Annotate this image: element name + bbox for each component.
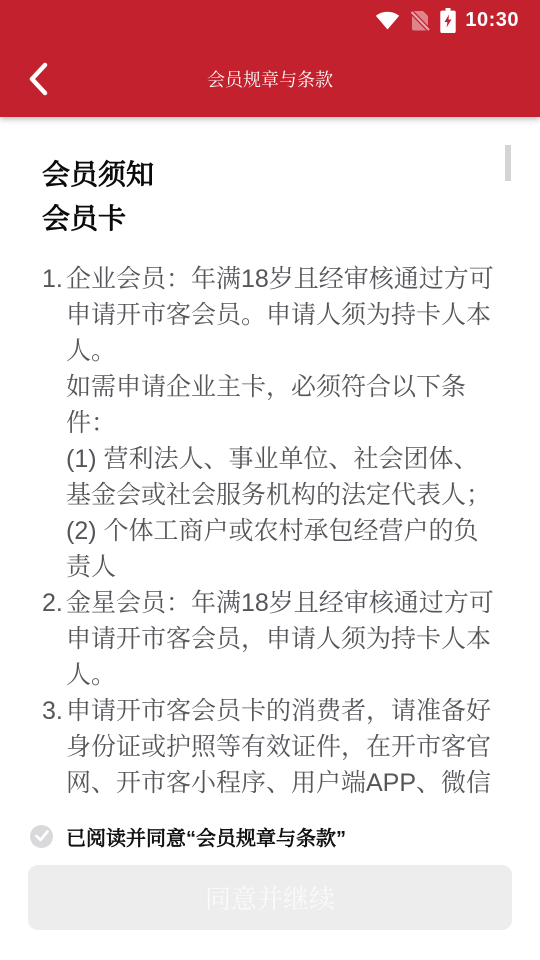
wifi-icon [375,10,400,30]
agreement-checkbox[interactable] [30,825,53,848]
term-paragraph: 如需申请企业主卡，必须符合以下条件： [66,369,498,441]
checkmark-icon [35,830,49,842]
term-number: 2. [42,585,66,693]
term-paragraph: 企业会员：年满18岁且经审核通过方可申请开市客会员。申请人须为持卡人本人。 [66,261,498,369]
term-item-1: 1. 企业会员：年满18岁且经审核通过方可申请开市客会员。申请人须为持卡人本人。… [42,261,540,585]
term-paragraph: 申请开市客会员卡的消费者，请准备好身份证或护照等有效证件，在开市客官网、开市客小… [66,693,498,805]
nav-bar: 会员规章与条款 [0,40,540,117]
terms-list: 1. 企业会员：年满18岁且经审核通过方可申请开市客会员。申请人须为持卡人本人。… [42,261,540,805]
footer: 已阅读并同意“会员规章与条款” 同意并继续 [0,813,540,930]
status-bar: 10:30 [0,0,540,40]
term-paragraph: (2) 个体工商户或农村承包经营户的负责人 [66,513,498,585]
card-heading: 会员卡 [42,197,540,241]
term-number: 3. [42,693,66,805]
term-number: 1. [42,261,66,585]
term-item-3: 3. 申请开市客会员卡的消费者，请准备好身份证或护照等有效证件，在开市客官网、开… [42,693,540,805]
agreement-row[interactable]: 已阅读并同意“会员规章与条款” [0,813,540,859]
agreement-label: 已阅读并同意“会员规章与条款” [66,822,346,851]
term-item-2: 2. 金星会员：年满18岁且经审核通过方可申请开市客会员，申请人须为持卡人本人。 [42,585,540,693]
term-paragraph: (1) 营利法人、事业单位、社会团体、基金会或社会服务机构的法定代表人； [66,441,498,513]
status-time: 10:30 [465,9,519,32]
terms-scroll-area[interactable]: 会员须知 会员卡 1. 企业会员：年满18岁且经审核通过方可申请开市客会员。申请… [0,117,540,805]
no-sim-icon [409,9,431,32]
agree-continue-button[interactable]: 同意并继续 [28,865,512,930]
back-button[interactable] [28,60,58,98]
scrollbar-thumb[interactable] [505,145,511,181]
notice-heading: 会员须知 [42,153,540,197]
page-title: 会员规章与条款 [207,66,333,92]
membership-terms-screen: 10:30 会员规章与条款 会员须知 会员卡 1. 企业会员：年满18岁且经审核… [0,0,540,960]
app-header: 10:30 会员规章与条款 [0,0,540,117]
battery-charging-icon [440,8,456,33]
term-paragraph: 金星会员：年满18岁且经审核通过方可申请开市客会员，申请人须为持卡人本人。 [66,585,498,693]
back-chevron-icon [28,62,50,96]
